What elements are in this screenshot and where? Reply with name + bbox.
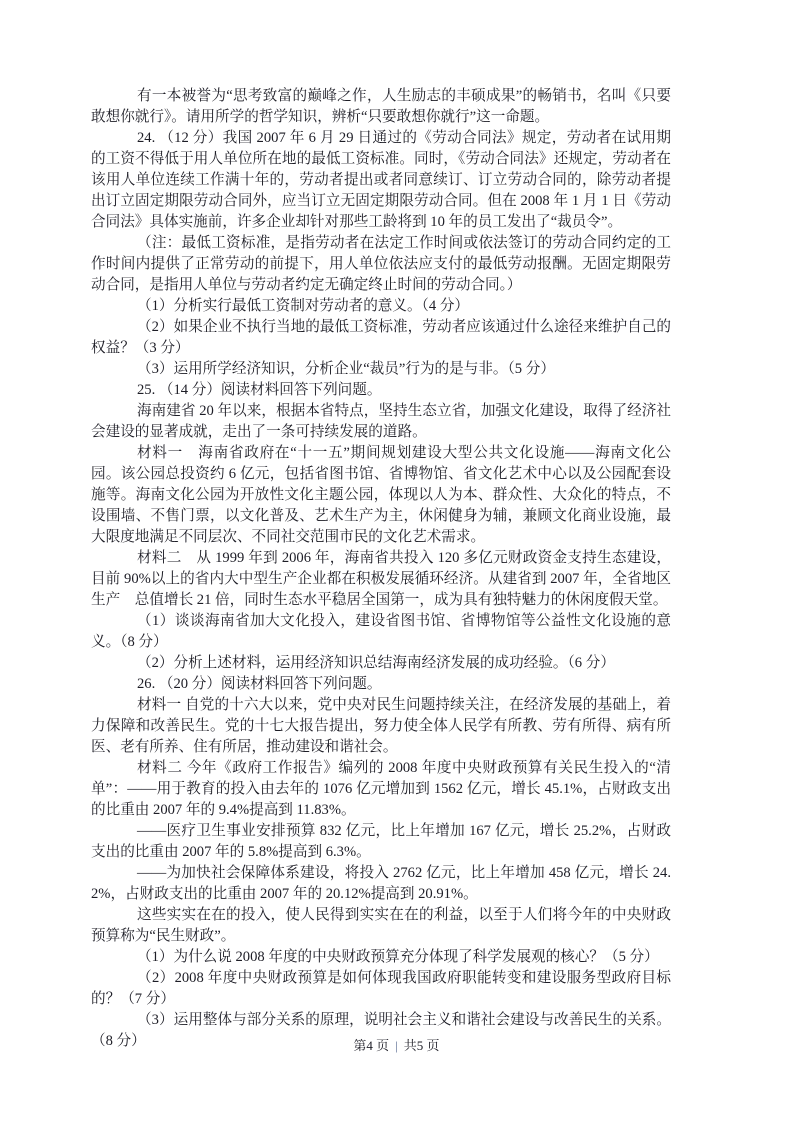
paragraph: （注：最低工资标准，是指劳动者在法定工作时间或依法签订的劳动合同约定的工作时间内… [91, 233, 671, 296]
paragraph: 25. （14 分）阅读材料回答下列问题。 [91, 380, 671, 401]
paragraph: 24. （12 分）我国 2007 年 6 月 29 日通过的《劳动合同法》规定… [91, 128, 671, 233]
page-total-label: 共5 页 [404, 1038, 440, 1053]
paragraph: （2）如果企业不执行当地的最低工资标准，劳动者应该通过什么途径来维护自己的权益？… [91, 317, 671, 359]
document-body: 有一本被誉为“思考致富的巅峰之作，人生励志的丰硕成果”的畅销书，名叫《只要敢想你… [91, 86, 671, 1052]
page-number-label: 第4 页 [353, 1038, 389, 1053]
paragraph: 材料二 今年《政府工作报告》编列的 2008 年度中央财政预算有关民生投入的“清… [91, 758, 671, 821]
paragraph: 材料一 海南省政府在“十一五”期间规划建设大型公共文化设施——海南文化公园。该公… [91, 443, 671, 548]
paragraph: （3）运用所学经济知识，分析企业“裁员”行为的是与非。（5 分） [91, 359, 671, 380]
paragraph: （1）为什么说 2008 年度的中央财政预算充分体现了科学发展观的核心？（5 分… [91, 947, 671, 968]
paragraph: 材料二 从 1999 年到 2006 年，海南省共投入 120 多亿元财政资金支… [91, 548, 671, 611]
page-footer: 第4 页|共5 页 [0, 1035, 793, 1054]
paragraph: 材料一 自党的十六大以来，党中央对民生问题持续关注，在经济发展的基础上，着力保障… [91, 695, 671, 758]
paragraph: （2）分析上述材料，运用经济知识总结海南经济发展的成功经验。（6 分） [91, 653, 671, 674]
paragraph: （1）分析实行最低工资制对劳动者的意义。（4 分） [91, 296, 671, 317]
footer-separator: | [395, 1038, 398, 1053]
paragraph: （2）2008 年度中央财政预算是如何体现我国政府职能转变和建设服务型政府目标的… [91, 968, 671, 1010]
paragraph: ——为加快社会保障体系建设，将投入 2762 亿元，比上年增加 458 亿元，增… [91, 863, 671, 905]
paragraph: 这些实实在在的投入，使人民得到实实在在的利益，以至于人们将今年的中央财政预算称为… [91, 905, 671, 947]
paragraph: （1）谈谈海南省加大文化投入，建设省图书馆、省博物馆等公益性文化设施的意义。（8… [91, 611, 671, 653]
paragraph: ——医疗卫生事业安排预算 832 亿元，比上年增加 167 亿元，增长 25.2… [91, 821, 671, 863]
paragraph: 26. （20 分）阅读材料回答下列问题。 [91, 674, 671, 695]
paragraph: 海南建省 20 年以来，根据本省特点，坚持生态立省，加强文化建设，取得了经济社会… [91, 401, 671, 443]
paragraph: 有一本被誉为“思考致富的巅峰之作，人生励志的丰硕成果”的畅销书，名叫《只要敢想你… [91, 86, 671, 128]
